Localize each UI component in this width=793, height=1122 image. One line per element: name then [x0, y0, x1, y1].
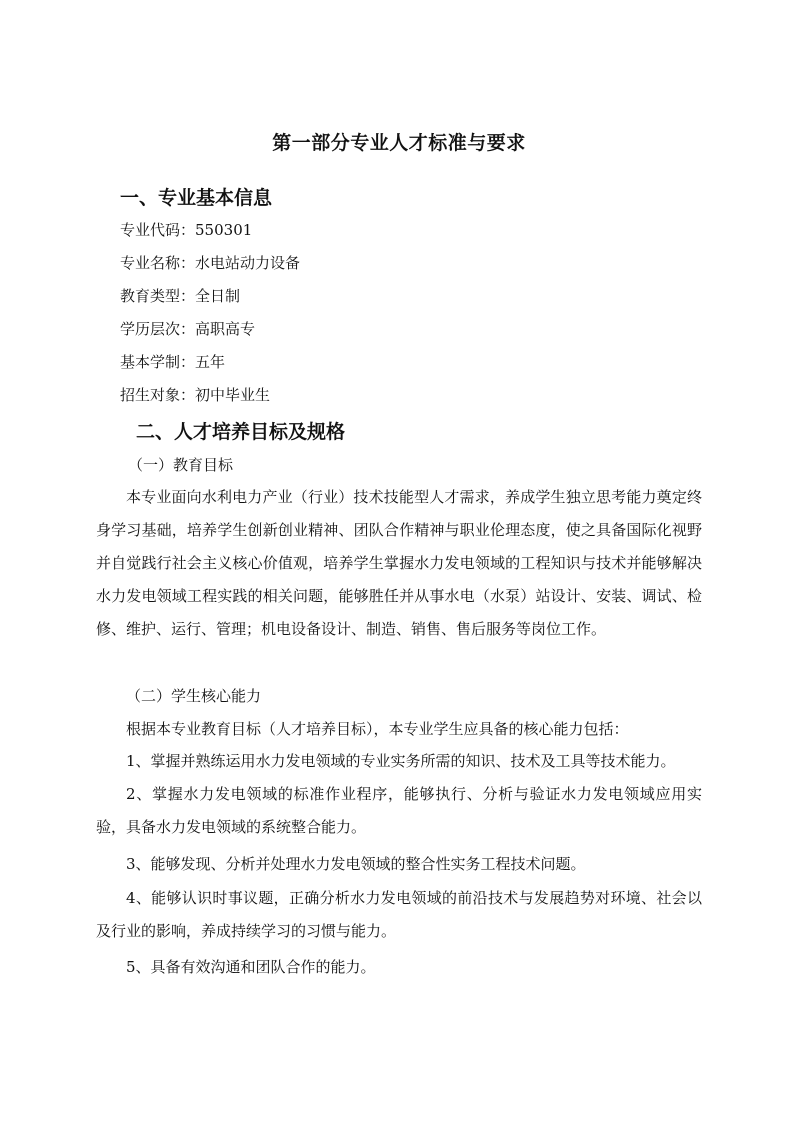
field-major-name: 专业名称：水电站动力设备 [120, 253, 300, 273]
field-enrollment-target: 招生对象：初中毕业生 [120, 385, 270, 405]
field-value: 五年 [195, 353, 225, 371]
field-label: 教育类型： [120, 287, 195, 305]
field-label: 专业代码： [120, 221, 195, 239]
field-label: 专业名称： [120, 254, 195, 272]
field-major-code: 专业代码：550301 [120, 220, 252, 240]
section-heading-training-goals: 二、人才培养目标及规格 [136, 417, 345, 444]
field-value: 高职高专 [195, 320, 255, 338]
field-value: 550301 [195, 221, 252, 239]
subheading-education-goals: （一）教育目标 [128, 455, 233, 475]
subheading-core-abilities: （二）学生核心能力 [126, 686, 261, 706]
field-value: 水电站动力设备 [195, 254, 300, 272]
field-value: 初中毕业生 [195, 386, 270, 404]
field-label: 招生对象： [120, 386, 195, 404]
core-ability-item-1: 1、掌握并熟练运用水力发电领域的专业实务所需的知识、技术及工具等技术能力。 [96, 745, 702, 778]
field-education-level: 学历层次：高职高专 [120, 319, 255, 339]
core-abilities-intro: 根据本专业教育目标（人才培养目标），本专业学生应具备的核心能力包括： [126, 719, 629, 739]
section-heading-basic-info: 一、专业基本信息 [120, 183, 272, 210]
core-ability-item-2: 2、掌握水力发电领域的标准作业程序，能够执行、分析与验证水力发电领域应用实验，具… [96, 778, 702, 844]
education-goals-paragraph: 本专业面向水利电力产业（行业）技术技能型人才需求，养成学生独立思考能力奠定终身学… [96, 481, 702, 646]
field-label: 学历层次： [120, 320, 195, 338]
core-ability-item-5: 5、具备有效沟通和团队合作的能力。 [96, 951, 702, 984]
field-duration: 基本学制：五年 [120, 352, 225, 372]
document-title: 第一部分专业人才标准与要求 [96, 128, 702, 155]
core-ability-item-3: 3、能够发现、分析并处理水力发电领域的整合性实务工程技术问题。 [96, 848, 702, 881]
field-label: 基本学制： [120, 353, 195, 371]
field-value: 全日制 [195, 287, 240, 305]
core-ability-item-4: 4、能够认识时事议题，正确分析水力发电领域的前沿技术与发展趋势对环境、社会以及行… [96, 882, 702, 948]
field-education-type: 教育类型：全日制 [120, 286, 240, 306]
